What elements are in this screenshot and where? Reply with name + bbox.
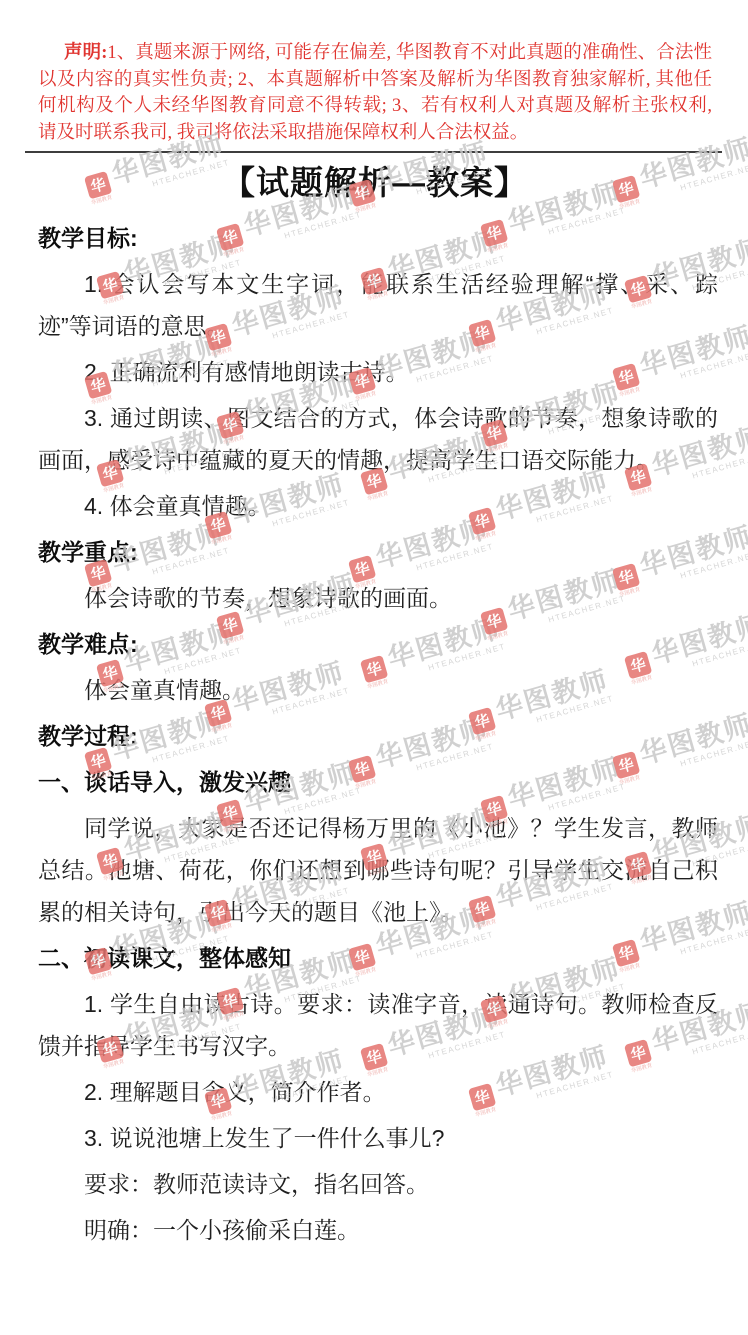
paragraph: 3. 通过朗读、图文结合的方式，体会诗歌的节奏，想象诗歌的画面，感受诗中蕴藏的夏… (38, 397, 718, 481)
paragraph: 1. 会认会写本文生字词，能联系生活经验理解“撑、采、踪迹”等词语的意思。 (38, 263, 718, 347)
paragraph: 3. 说说池塘上发生了一件什么事儿? (38, 1117, 718, 1159)
divider-line (25, 151, 722, 153)
paragraph: 1. 学生自由读古诗。要求：读准字音，读通诗句。教师检查反馈并指导学生书写汉字。 (38, 983, 718, 1067)
disclaimer: 声明:1、真题来源于网络, 可能存在偏差, 华图教育不对此真题的准确性、合法性以… (0, 0, 748, 146)
document-page: 声明:1、真题来源于网络, 可能存在偏差, 华图教育不对此真题的准确性、合法性以… (0, 0, 748, 1335)
paragraph: 4. 体会童真情趣。 (38, 485, 718, 527)
sub-heading: 一、谈话导入，激发兴趣 (38, 761, 718, 803)
section-heading: 教学重点: (38, 531, 718, 573)
page-title: 【试题解析—教案】 (38, 161, 712, 205)
section-heading: 教学目标: (38, 217, 718, 259)
sub-heading: 二、初读课文，整体感知 (38, 937, 718, 979)
paragraph: 要求：教师范读诗文，指名回答。 (38, 1163, 718, 1205)
paragraph: 同学说，大家是否还记得杨万里的《小池》？学生发言，教师总结。池塘、荷花，你们还想… (38, 807, 718, 933)
paragraph: 明确：一个小孩偷采白莲。 (38, 1209, 718, 1251)
document-body: 教学目标:1. 会认会写本文生字词，能联系生活经验理解“撑、采、踪迹”等词语的意… (0, 217, 748, 1251)
paragraph: 体会童真情趣。 (38, 669, 718, 711)
section-heading: 教学难点: (38, 623, 718, 665)
paragraph: 体会诗歌的节奏，想象诗歌的画面。 (38, 577, 718, 619)
disclaimer-label: 声明: (64, 43, 107, 63)
section-heading: 教学过程: (38, 715, 718, 757)
disclaimer-text: 1、真题来源于网络, 可能存在偏差, 华图教育不对此真题的准确性、合法性以及内容… (38, 43, 712, 143)
paragraph: 2. 正确流利有感情地朗读古诗。 (38, 351, 718, 393)
paragraph: 2. 理解题目含义，简介作者。 (38, 1071, 718, 1113)
